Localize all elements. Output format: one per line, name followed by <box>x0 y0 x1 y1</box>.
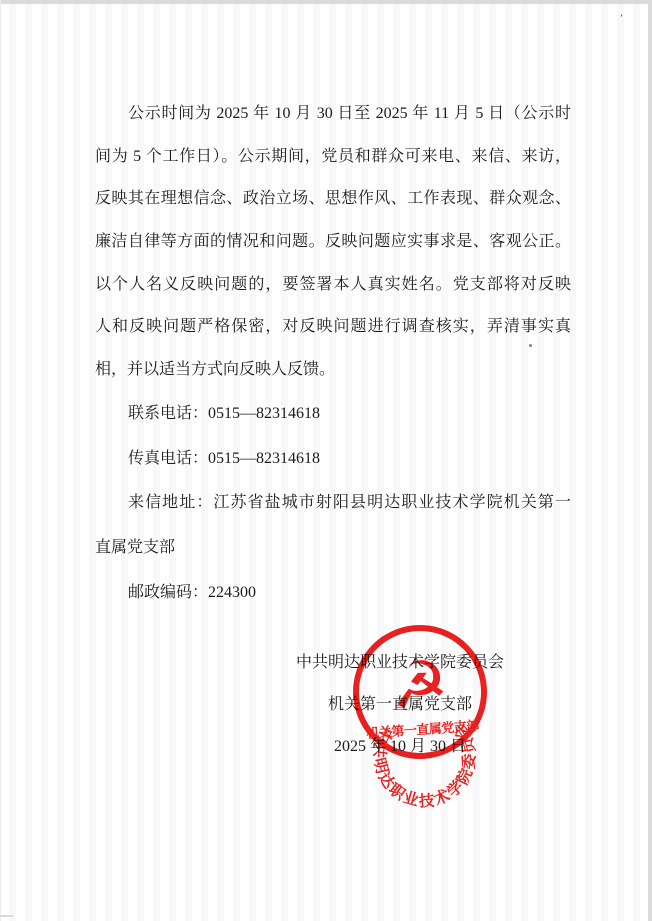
hammer-sickle-icon: ☭ <box>388 647 450 725</box>
paragraph-line: 公示时间为 2025 年 10 月 30 日至 2025 年 11 月 5 日（… <box>95 93 571 136</box>
paragraph-line: 反映其在理想信念、政治立场、思想作风、工作表现、群众观念、 <box>95 178 571 221</box>
paragraph-line: 以个人名义反映问题的，要签署本人真实姓名。党支部将对反映 <box>95 264 571 307</box>
scan-edge-right <box>648 0 652 921</box>
scan-artifact-bottom-left <box>0 915 13 917</box>
contact-address-line: 来信地址：江苏省盐城市射阳县明达职业技术学院机关第一 <box>95 481 571 526</box>
scan-edge-top <box>0 0 652 4</box>
notice-body: 公示时间为 2025 年 10 月 30 日至 2025 年 11 月 5 日（… <box>95 93 571 616</box>
scanned-notice-page: ʼ 公示时间为 2025 年 10 月 30 日至 2025 年 11 月 5 … <box>0 0 652 921</box>
official-seal-stamp: 中共明达职业技术学院委员会 ☭ 机关第一直属党支部 <box>345 617 494 766</box>
contact-fax-line: 传真电话：0515—82314618 <box>95 437 571 482</box>
seal-graphic: 中共明达职业技术学院委员会 ☭ 机关第一直属党支部 <box>345 617 494 766</box>
paragraph-line: 人和反映问题严格保密，对反映问题进行调查核实，弄清事实真 <box>95 306 571 349</box>
contact-address-line-2: 直属党支部 <box>95 526 571 571</box>
scan-edge-left <box>0 0 1 921</box>
paragraph-line: 廉洁自律等方面的情况和问题。反映问题应实事求是、客观公正。 <box>95 221 571 264</box>
contact-postal-line: 邮政编码：224300 <box>95 571 571 616</box>
paragraph-line: 间为 5 个工作日）。公示期间，党员和群众可来电、来信、来访， <box>95 136 571 179</box>
paragraph-line: 相，并以适当方式向反映人反馈。 <box>95 349 571 392</box>
scan-speck-top-right: ʼ <box>620 13 628 23</box>
contact-phone-line: 联系电话：0515—82314618 <box>95 392 571 437</box>
